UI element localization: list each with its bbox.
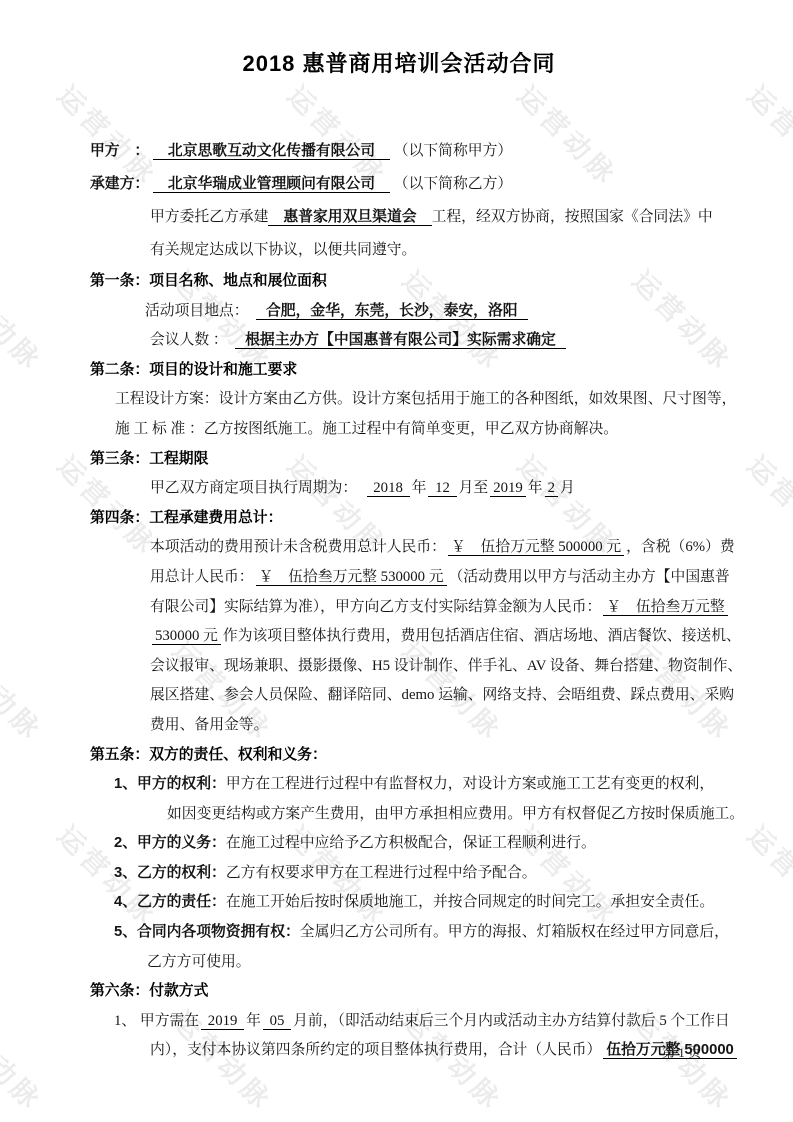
watermark-text: 运营动脉 (0, 1000, 53, 1118)
article5-item-5-cont: 乙方方可使用。 (147, 948, 708, 978)
party-a-suffix: （以下简称甲方） (394, 143, 512, 159)
article5-item-2: 2、甲方的义务：在施工过程中应给予乙方积极配合，保证工程顺利进行。 (114, 829, 708, 859)
party-a-name: 北京思歌互动文化传播有限公司 (153, 143, 390, 160)
party-a-line: 甲方 ： 北京思歌互动文化传播有限公司 （以下简称甲方） (90, 135, 708, 168)
article2-heading: 第二条：项目的设计和施工要求 (90, 356, 708, 386)
article4-line-3: 有限公司】实际结算为准），甲方向乙方支付实际结算金额为人民币：￥ 伍拾叁万元整 (150, 593, 708, 623)
amount-pretax: ￥ 伍拾万元整 500000 元 (448, 539, 624, 556)
amount-settlement-number: 530000 元 (152, 628, 221, 645)
attendee-label: 会议人数 ： (150, 332, 228, 348)
period-year-end: 2019 (490, 480, 526, 497)
article6-heading: 第六条：付款方式 (90, 977, 708, 1007)
article1-attendee-line: 会议人数 ： 根据主办方【中国惠普有限公司】实际需求确定 (150, 326, 708, 356)
article3-period-line: 甲乙双方商定项目执行周期为： 2018 年 12 月至2019年2月 (150, 474, 708, 504)
article3-heading: 第三条：工程期限 (90, 445, 708, 475)
article1-heading: 第一条：项目名称、地点和展位面积 (90, 267, 708, 297)
watermark-text: 运营动脉 (740, 445, 793, 563)
watermark-text: 运营动脉 (0, 260, 53, 378)
contract-content: 2018 惠普商用培训会活动合同 甲方 ： 北京思歌互动文化传播有限公司 （以下… (90, 47, 708, 1066)
article4-line-2: 用总计人民币：￥ 伍拾叁万元整 530000 元（活动费用以甲方与活动主办方【中… (150, 563, 708, 593)
article2-line-1: 工程设计方案：设计方案由乙方供。设计方案包括用于施工的各种图纸，如效果图、尺寸图… (115, 385, 708, 415)
article4-line-5: 会议报审、现场兼职、摄影摄像、H5 设计制作、伴手礼、AV 设备、舞台搭建、物资… (150, 652, 708, 682)
intro-line-2: 有关规定达成以下协议，以便共同遵守。 (150, 234, 708, 267)
article5-heading: 第五条：双方的责任、权利和义务： (90, 741, 708, 771)
page-number: 第 1 页 (662, 1042, 701, 1061)
payment-month: 05 (263, 1013, 291, 1030)
watermark-text: 运营动脉 (740, 75, 793, 193)
watermark-text: 运营动脉 (0, 630, 53, 748)
payment-year: 2019 (201, 1013, 244, 1030)
watermark-text: 运营动脉 (0, 0, 53, 9)
period-month-start: 12 (428, 480, 456, 497)
article5-item-1-cont: 如因变更结构或方案产生费用，由甲方承担相应费用。甲方有权督促乙方按时保质施工。 (167, 800, 708, 830)
article6-item-1-cont: 内），支付本协议第四条所约定的项目整体执行费用，合计（人民币）伍拾万元整 500… (150, 1036, 708, 1066)
article5-item-1: 1、甲方的权利：甲方在工程进行过程中有监督权力，对设计方案或施工工艺有变更的权利… (114, 770, 708, 800)
attendee-value: 根据主办方【中国惠普有限公司】实际需求确定 (235, 332, 566, 349)
watermark-text: 运营动脉 (740, 815, 793, 933)
project-name: 惠普家用双旦渠道会 (268, 209, 431, 226)
article6-item-1: 1、 甲方需在 2019 年 05 月前，（即活动结束后三个月内或活动主办方结算… (114, 1007, 708, 1037)
article1-location-line: 活动项目地点： 合肥，金华，东莞，长沙，泰安，洛阳 (145, 297, 708, 327)
location-value: 合肥，金华，东莞，长沙，泰安，洛阳 (256, 303, 528, 320)
party-b-suffix: （以下简称乙方） (394, 176, 512, 192)
article5-item-3: 3、乙方的权利：乙方有权要求甲方在工程进行过程中给予配合。 (114, 859, 708, 889)
watermark-text: 运营动脉 (625, 0, 743, 9)
article5-item-4: 4、乙方的责任：在施工开始后按时保质地施工，并按合同规定的时间完工。承担安全责任… (114, 888, 708, 918)
intro-line-1: 甲方委托乙方承建惠普家用双旦渠道会工程，经双方协商，按照国家《合同法》中 (150, 201, 708, 234)
party-b-name: 北京华瑞成业管理顾问有限公司 (153, 176, 390, 193)
article4-line-7: 费用、备用金等。 (150, 711, 708, 741)
period-year-start: 2018 (367, 480, 410, 497)
party-b-label: 承建方： (90, 176, 149, 192)
watermark-text: 运营动脉 (165, 0, 283, 9)
article4-line-4: 530000 元作为该项目整体执行费用，费用包括酒店住宿、酒店场地、酒店餐饮、接… (150, 622, 708, 652)
item-label: 4、乙方的责任： (114, 894, 226, 910)
item-label: 1、甲方的权利： (114, 776, 226, 792)
watermark-text: 运营动脉 (395, 0, 513, 9)
contract-page: 运营动脉运营动脉运营动脉运营动脉运营动脉运营动脉运营动脉运营动脉运营动脉运营动脉… (0, 0, 793, 1122)
item-label: 5、合同内各项物资拥有权： (114, 924, 300, 940)
article4-heading: 第四条：工程承建费用总计： (90, 504, 708, 534)
article4-line-6: 展区搭建、参会人员保险、翻译陪同、demo 运输、网络支持、会晤组费、踩点费用、… (150, 681, 708, 711)
article5-item-5: 5、合同内各项物资拥有权：全属归乙方公司所有。甲方的海报、灯箱版权在经过甲方同意… (114, 918, 708, 948)
article2-line-2: 施 工 标 准 ：乙方按图纸施工。施工过程中有简单变更，甲乙双方协商解决。 (115, 415, 708, 445)
party-a-label: 甲方 ： (90, 143, 149, 159)
location-label: 活动项目地点： (145, 303, 249, 319)
document-title: 2018 惠普商用培训会活动合同 (90, 47, 708, 81)
period-month-end: 2 (545, 480, 558, 497)
amount-settlement: ￥ 伍拾叁万元整 (603, 599, 727, 616)
amount-taxed: ￥ 伍拾叁万元整 530000 元 (256, 569, 447, 586)
party-b-line: 承建方： 北京华瑞成业管理顾问有限公司 （以下简称乙方） (90, 168, 708, 201)
item-label: 2、甲方的义务： (114, 835, 226, 851)
item-label: 3、乙方的权利： (114, 865, 226, 881)
article4-line-1: 本项活动的费用预计未含税费用总计人民币：￥ 伍拾万元整 500000 元，含税（… (150, 533, 708, 563)
